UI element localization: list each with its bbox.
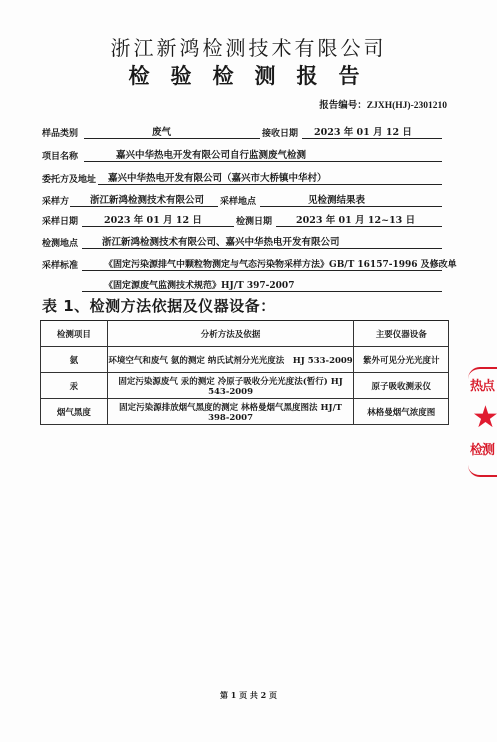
cell-method: 固定污染源排放烟气黑度的测定 林格曼烟气黑度图法 HJ/T 398-2007 [107, 399, 354, 425]
cell-method: 环境空气和废气 氨的测定 纳氏试剂分光光度法 HJ 533-2009 [107, 347, 354, 373]
table-row: 氨 环境空气和废气 氨的测定 纳氏试剂分光光度法 HJ 533-2009 紫外可… [41, 347, 449, 373]
header-method: 分析方法及依据 [107, 321, 354, 347]
row-test-location: 检测地点 浙江新鸿检测技术有限公司、嘉兴中华热电开发有限公司 [42, 236, 442, 250]
test-location-field: 浙江新鸿检测技术有限公司、嘉兴中华热电开发有限公司 [82, 236, 442, 249]
sampling-site-label: 采样地点 [220, 194, 256, 207]
header-instrument: 主要仪器设备 [354, 321, 449, 347]
report-number: 报告编号：ZJXH(HJ)-2301210 [319, 97, 447, 111]
test-date-label: 检测日期 [236, 214, 272, 227]
official-seal: 热点 ★ 检测 [468, 365, 497, 465]
page-indicator: 第 1 页 共 2 页 [0, 690, 497, 701]
sampling-standard-label: 采样标准 [42, 258, 78, 271]
sampling-date-field: 2023 年 01 月 12 日 [82, 214, 234, 227]
sampling-standard-field-2: 《固定源废气监测技术规范》HJ/T 397-2007 [82, 279, 442, 292]
seal-text-top: 热点 [470, 375, 494, 394]
received-date-field: 2023 年 01 月 12 日 [302, 126, 442, 139]
row-project-name: 项目名称 嘉兴中华热电开发有限公司自行监测废气检测 [42, 149, 442, 163]
methods-table: 检测项目 分析方法及依据 主要仪器设备 氨 环境空气和废气 氨的测定 纳氏试剂分… [40, 320, 449, 425]
row-client: 委托方及地址 嘉兴中华热电开发有限公司（嘉兴市大桥镇中华村） [42, 172, 442, 186]
test-location-label: 检测地点 [42, 236, 78, 249]
cell-method: 固定污染源废气 汞的测定 冷原子吸收分光光度法(暂行) HJ 543-2009 [107, 373, 354, 399]
cell-instrument: 紫外可见分光光度计 [354, 347, 449, 373]
report-number-value: ZJXH(HJ)-2301210 [367, 101, 447, 111]
sampling-date-label: 采样日期 [42, 214, 78, 227]
row-sample-type: 样品类别 废气 接收日期 2023 年 01 月 12 日 [42, 126, 442, 140]
sampling-site-field: 见检测结果表 [260, 194, 442, 207]
table-row: 烟气黑度 固定污染源排放烟气黑度的测定 林格曼烟气黑度图法 HJ/T 398-2… [41, 399, 449, 425]
table-row: 汞 固定污染源废气 汞的测定 冷原子吸收分光光度法(暂行) HJ 543-200… [41, 373, 449, 399]
cell-test-item: 氨 [41, 347, 108, 373]
cell-instrument: 原子吸收测汞仪 [354, 373, 449, 399]
project-name-label: 项目名称 [42, 149, 78, 162]
cell-test-item: 汞 [41, 373, 108, 399]
sampler-field: 浙江新鸿检测技术有限公司 [70, 194, 218, 207]
project-name-field: 嘉兴中华热电开发有限公司自行监测废气检测 [84, 149, 442, 162]
report-number-label: 报告编号： [319, 100, 367, 111]
received-date-label: 接收日期 [262, 126, 298, 139]
sampling-standard-field-1: 《固定污染源排气中颗粒物测定与气态污染物采样方法》GB/T 16157-1996… [82, 258, 442, 271]
company-name: 浙江新鸿检测技术有限公司 [0, 32, 497, 61]
sample-type-label: 样品类别 [42, 126, 78, 139]
report-title: 检验检测报告 [0, 60, 497, 90]
seal-arc-bottom [468, 465, 497, 477]
table-header-row: 检测项目 分析方法及依据 主要仪器设备 [41, 321, 449, 347]
table1-title: 表 1、检测方法依据及仪器设备： [42, 295, 276, 316]
client-field: 嘉兴中华热电开发有限公司（嘉兴市大桥镇中华村） [98, 172, 442, 185]
client-label: 委托方及地址 [42, 172, 96, 185]
seal-text-bottom: 检测 [470, 439, 494, 458]
row-sampler: 采样方 浙江新鸿检测技术有限公司 采样地点 见检测结果表 [42, 194, 442, 208]
row-dates: 采样日期 2023 年 01 月 12 日 检测日期 2023 年 01 月 1… [42, 214, 442, 228]
row-sampling-standard: 采样标准 《固定污染源排气中颗粒物测定与气态污染物采样方法》GB/T 16157… [42, 258, 442, 272]
star-icon: ★ [472, 403, 497, 433]
sample-type-field: 废气 [84, 126, 260, 139]
sampler-label: 采样方 [42, 194, 69, 207]
cell-instrument: 林格曼烟气浓度图 [354, 399, 449, 425]
header-test-item: 检测项目 [41, 321, 108, 347]
cell-test-item: 烟气黑度 [41, 399, 108, 425]
test-date-field: 2023 年 01 月 12~13 日 [276, 214, 442, 227]
row-sampling-standard-2: 《固定源废气监测技术规范》HJ/T 397-2007 [42, 279, 442, 293]
